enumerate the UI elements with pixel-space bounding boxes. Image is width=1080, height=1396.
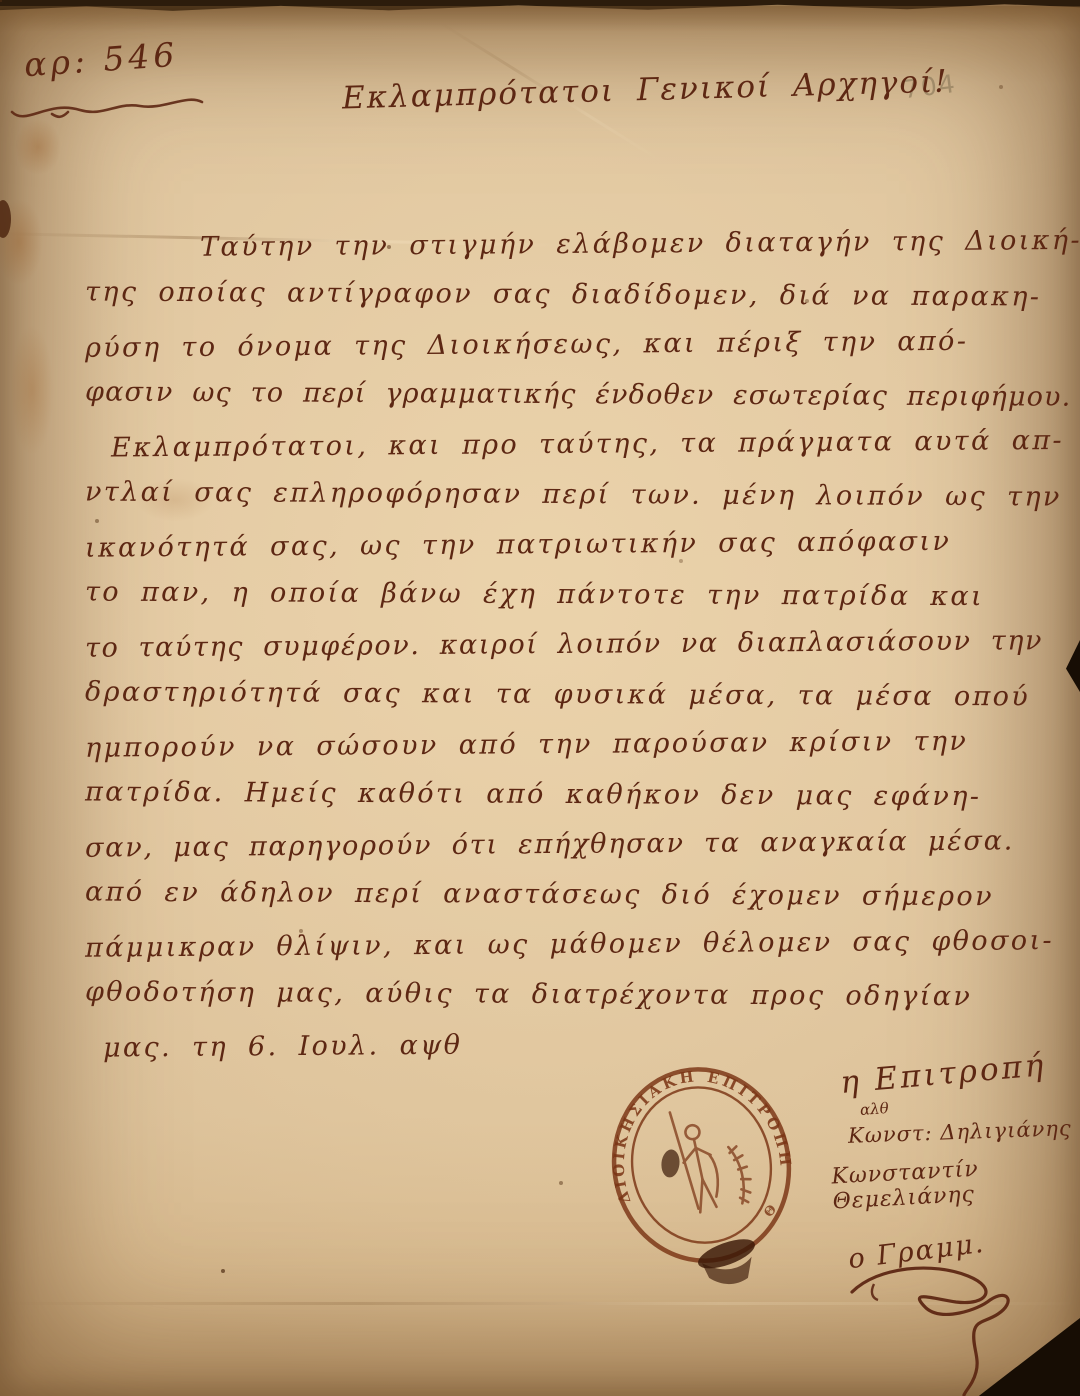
handwriting-line: φασιν ως το περί γραμματικής ένδοθεν εσω… (85, 368, 1030, 423)
handwriting-line: ντλαί σας επληροφόρησαν περί των. μένη λ… (85, 468, 1030, 523)
handwriting-line: Ταύτην την στιγμήν ελάβομεν διαταγήν της… (85, 216, 1030, 273)
handwriting-line: Εκλαμπρότατοι, και προ ταύτης, τα πράγμα… (85, 416, 1030, 473)
handwriting-line: φθοδοτήση μας, αύθις τα διατρέχοντα προς… (85, 968, 1030, 1023)
letter-body: Ταύτην την στιγμήν ελάβομεν διαταγήν της… (85, 220, 1030, 1070)
handwriting-line: το παν, η οποία βάνω έχη πάντοτε την πατ… (85, 568, 1030, 623)
seal-legend: ΔΙΟΙΚΗΣΙΑΚΗ ΕΠΙΤΡΟΠΗ (591, 1050, 797, 1206)
handwriting-line: πάμμικραν θλίψιν, και ως μάθομεν θέλομεν… (85, 916, 1030, 973)
handwriting-line: της οποίας αντίγραφον σας διαδίδομεν, δι… (85, 268, 1030, 323)
seal-warrior-emblem (670, 1099, 755, 1214)
paper-sheet: αρ: 546 704 Εκλαμπρότατοι Γενικοί Αρχηγο… (0, 0, 1080, 1396)
paper-stain (0, 182, 52, 302)
handwriting-line: ημπορούν να σώσουν από την παρούσαν κρίσ… (85, 716, 1030, 773)
edge-tear-notch (1066, 640, 1080, 692)
paper-specks (0, 0, 2, 2)
signature-annotation: αλθ (859, 1099, 889, 1119)
paper-stain (2, 300, 62, 480)
handwriting-line: από εν άδηλον περί αναστάσεως διό έχομεν… (85, 868, 1030, 923)
committee-member-signature: Κωνστ: Δηλιγιάνης (848, 1116, 1072, 1148)
handwriting-line: ικανότητά σας, ως την πατριωτικήν σας απ… (85, 516, 1030, 573)
reference-underline-flourish (8, 82, 208, 128)
letter-heading: Εκλαμπρότατοι Γενικοί Αρχηγοί! (342, 64, 950, 117)
committee-member-signature: Κωνσταντίν Θεμελιάνης (831, 1152, 1080, 1215)
document-photo: αρ: 546 704 Εκλαμπρότατοι Γενικοί Αρχηγο… (0, 0, 1080, 1396)
reference-number: αρ: 546 (23, 35, 180, 85)
handwriting-line: σαν, μας παρηγορούν ότι επήχθησαν τα ανα… (85, 816, 1030, 873)
top-edge-shadow (0, 6, 1080, 32)
handwriting-line: το ταύτης συμφέρον. καιροί λοιπόν να δια… (85, 616, 1030, 673)
handwriting-line: πατρίδα. Ημείς καθότι από καθήκον δεν μα… (85, 768, 1030, 823)
committee-seal-stamp: ΔΙΟΙΚΗΣΙΑΚΗ ΕΠΙΤΡΟΠΗ Θ (582, 1042, 822, 1294)
handwriting-line: δραστηριότητά σας και τα φυσικά μέσα, τα… (85, 668, 1030, 723)
handwriting-line: ρύση το όνομα της Διοικήσεως, και πέριξ … (85, 316, 1030, 373)
seal-ink-smudge (655, 1134, 764, 1294)
